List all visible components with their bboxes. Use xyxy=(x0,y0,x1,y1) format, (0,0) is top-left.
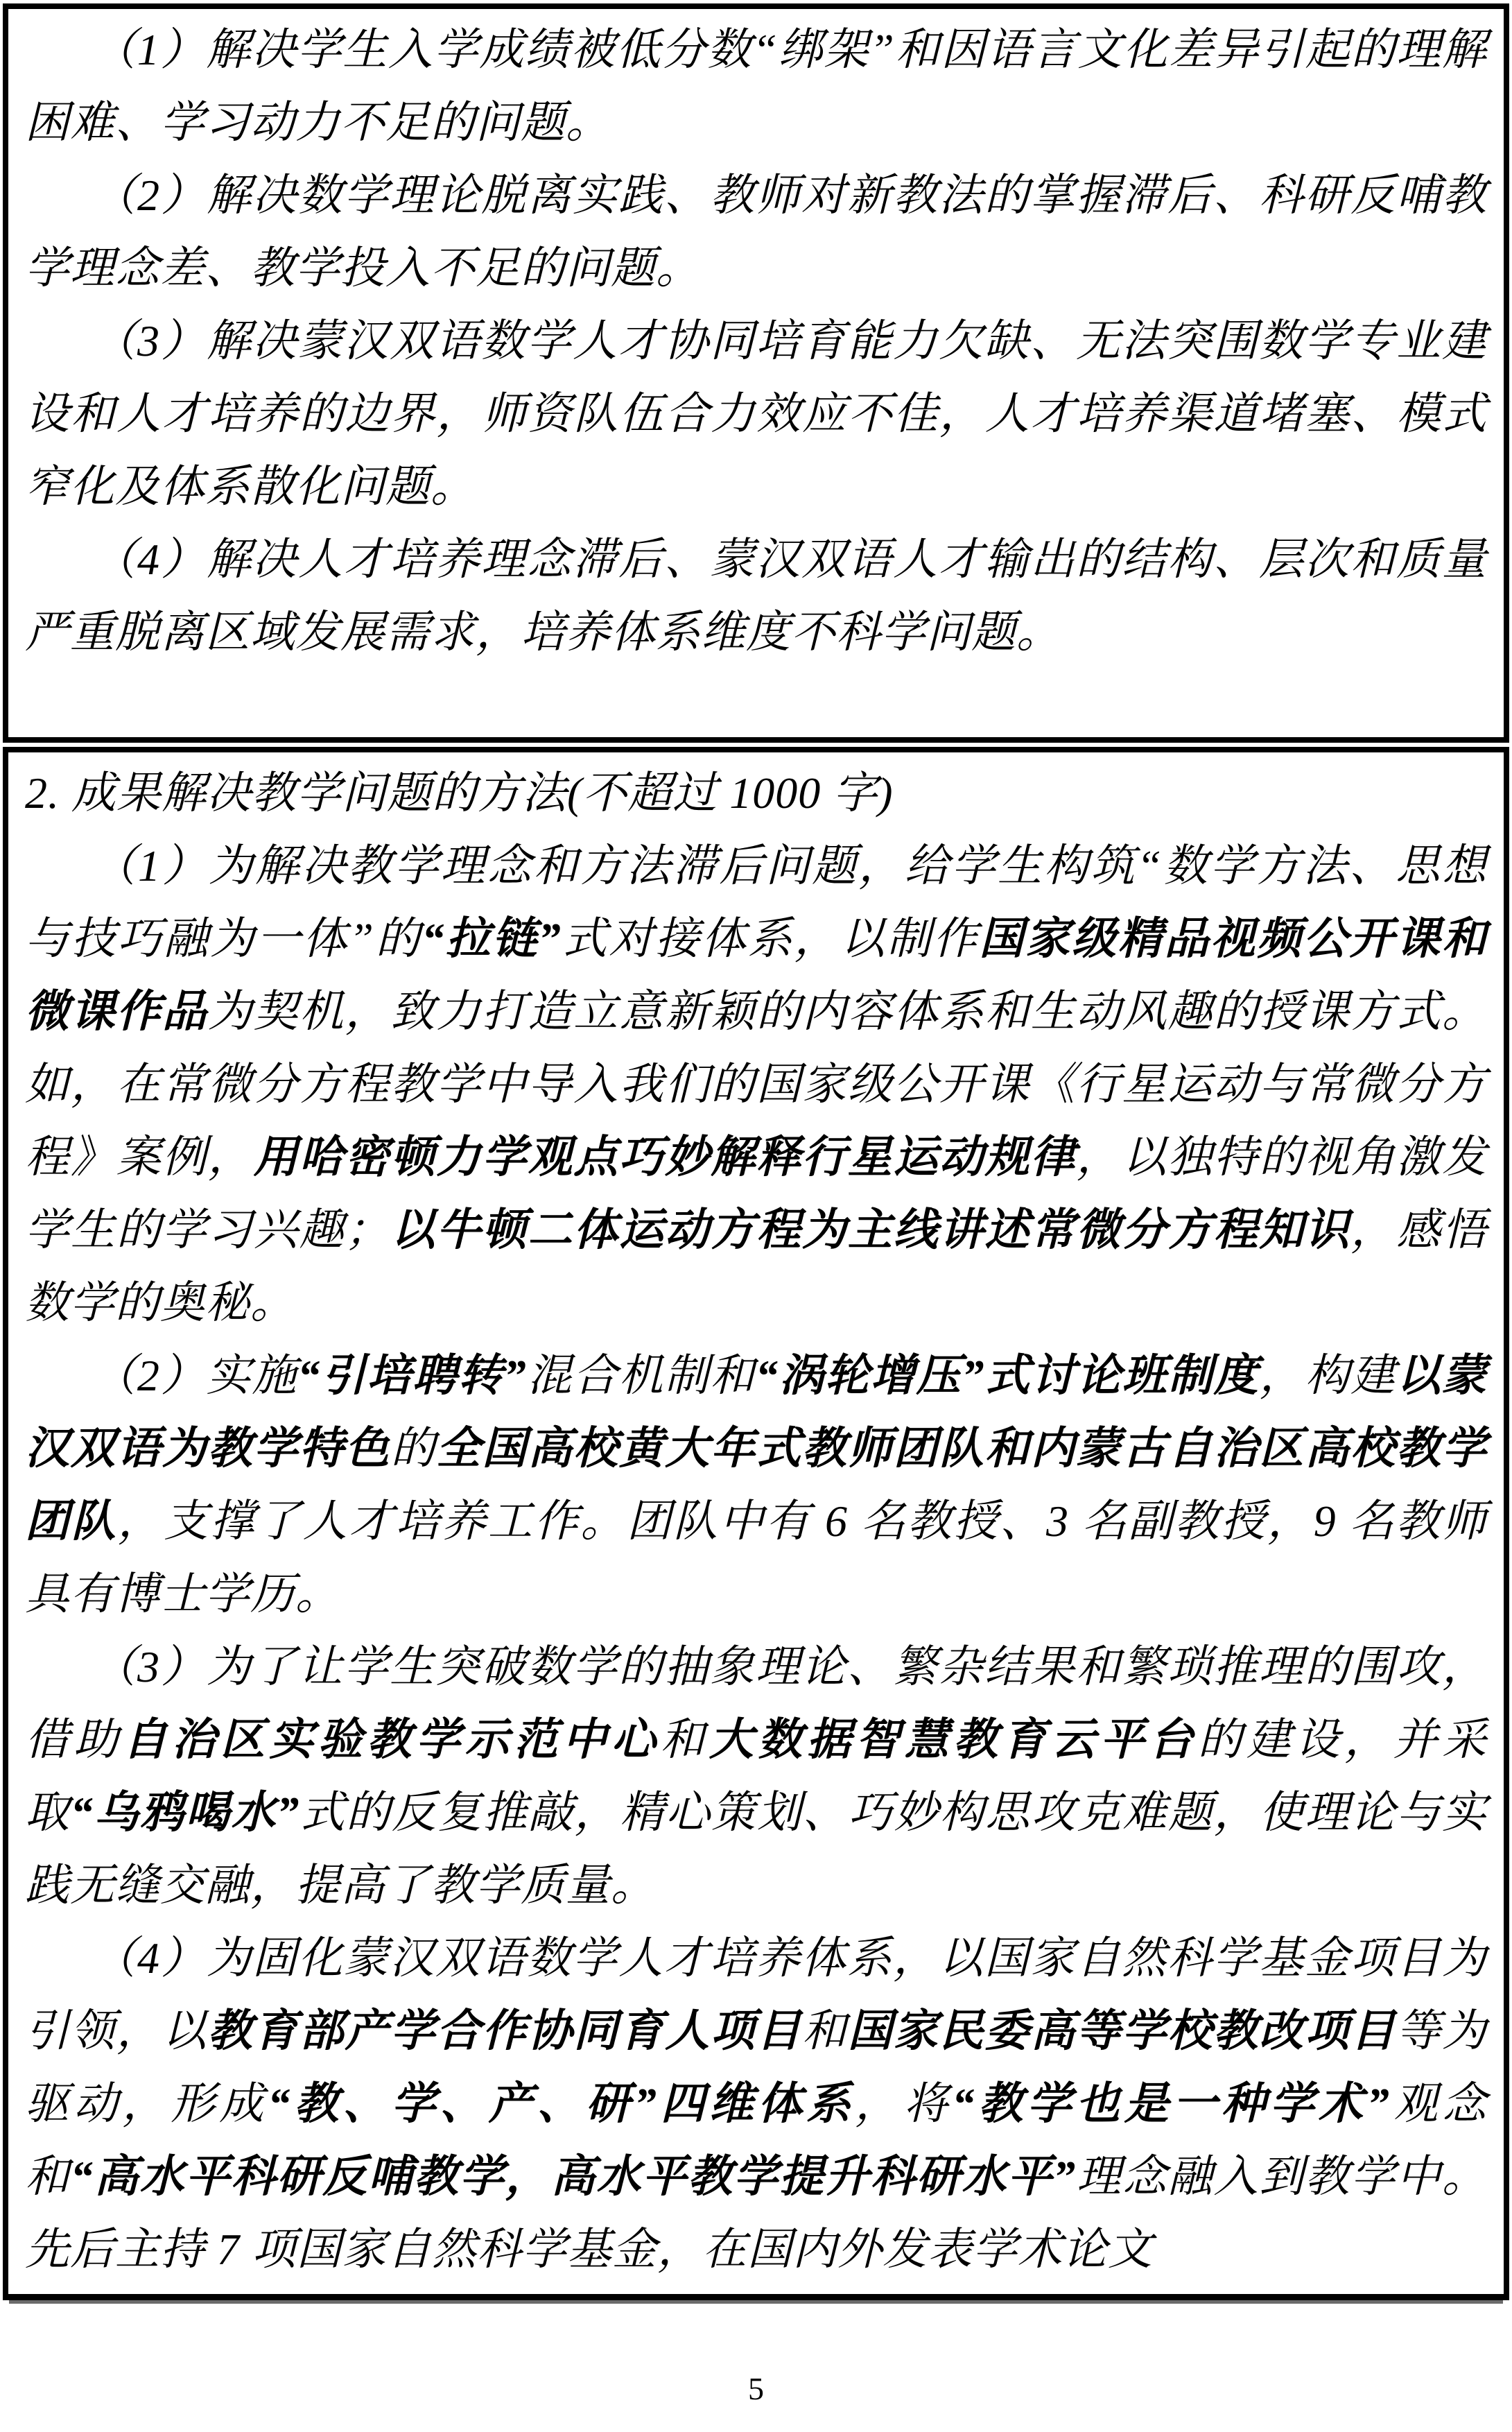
bold-text-segment: 用哈密顿力学观点巧妙解释行星运动规律 xyxy=(254,1132,1077,1182)
bold-text-segment: “乌鸦喝水” xyxy=(71,1788,299,1837)
paragraph: （2）解决数学理论脱离实践、教师对新教法的掌握滞后、科研反哺教学理念差、教学投入… xyxy=(25,159,1487,304)
teaching-methods-box: 2. 成果解决教学问题的方法(不超过 1000 字) （1）为解决教学理念和方法… xyxy=(3,747,1509,2300)
paragraph: （1）解决学生入学成绩被低分数“绑架”和因语言文化差异引起的理解困难、学习动力不… xyxy=(25,13,1487,159)
paragraph: （3）解决蒙汉双语数学人才协同培育能力欠缺、无法突围数学专业建设和人才培养的边界… xyxy=(25,304,1487,523)
text-segment: ，将 xyxy=(855,2079,952,2128)
paragraph: （3）为了让学生突破数学的抽象理论、繁杂结果和繁琐推理的围攻，借助自治区实验教学… xyxy=(25,1630,1487,1922)
paragraph: （2）实施“引培聘转”混合机制和“涡轮增压”式讨论班制度，构建以蒙汉双语为教学特… xyxy=(25,1339,1487,1630)
text-segment: 和 xyxy=(802,2006,848,2055)
text-segment: 和 xyxy=(660,1715,709,1764)
bold-text-segment: “引培聘转” xyxy=(297,1351,526,1400)
bold-text-segment: “拉链” xyxy=(422,914,561,963)
text-segment: （1）解决学生入学成绩被低分数“绑架”和因语言文化差异引起的理解困难、学习动力不… xyxy=(25,25,1487,147)
methods-section-heading: 2. 成果解决教学问题的方法(不超过 1000 字) xyxy=(25,757,1487,829)
text-segment: （4）解决人才培养理念滞后、蒙汉双语人才输出的结构、层次和质量严重脱离区域发展需… xyxy=(25,535,1487,657)
paragraph: （1）为解决教学理念和方法滞后问题，给学生构筑“数学方法、思想与技巧融为一体”的… xyxy=(25,829,1487,1339)
paragraph: （4）解决人才培养理念滞后、蒙汉双语人才输出的结构、层次和质量严重脱离区域发展需… xyxy=(25,523,1487,669)
bold-text-segment: 国家民委高等学校教改项目 xyxy=(848,2006,1396,2055)
text-segment: （2）解决数学理论脱离实践、教师对新教法的掌握滞后、科研反哺教学理念差、教学投入… xyxy=(25,171,1487,293)
bold-text-segment: 教育部产学合作协同育人项目 xyxy=(208,2006,802,2055)
bold-text-segment: “教学也是一种学术” xyxy=(952,2079,1390,2128)
bold-text-segment: “教、学、产、研”四维体系 xyxy=(268,2079,855,2128)
text-segment: （2）实施 xyxy=(92,1351,297,1400)
page-number: 5 xyxy=(0,2370,1512,2408)
text-segment: ，构建 xyxy=(1260,1351,1397,1400)
text-segment: ，支撑了人才培养工作。团队中有 6 名教授、3 名副教授，9 名教师具有博士学历… xyxy=(25,1497,1487,1619)
problems-paragraphs: （1）解决学生入学成绩被低分数“绑架”和因语言文化差异引起的理解困难、学习动力不… xyxy=(25,13,1487,669)
document-page: （1）解决学生入学成绩被低分数“绑架”和因语言文化差异引起的理解困难、学习动力不… xyxy=(0,0,1512,2432)
teaching-problems-box: （1）解决学生入学成绩被低分数“绑架”和因语言文化差异引起的理解困难、学习动力不… xyxy=(3,3,1509,743)
bold-text-segment: “高水平科研反哺教学，高水平教学提升科研水平” xyxy=(71,2152,1076,2201)
text-segment: 式对接体系，以制作 xyxy=(562,914,980,963)
bold-text-segment: 以牛顿二体运动方程为主线讲述常微分方程知识 xyxy=(390,1205,1351,1254)
bold-text-segment: “涡轮增压”式讨论班制度 xyxy=(756,1351,1260,1400)
text-segment: 混合机制和 xyxy=(527,1351,756,1400)
text-segment: 的 xyxy=(390,1424,436,1473)
bold-text-segment: 自治区实验教学示范中心 xyxy=(123,1715,660,1764)
paragraph: （4）为固化蒙汉双语数学人才培养体系，以国家自然科学基金项目为引领，以教育部产学… xyxy=(25,1922,1487,2286)
bold-text-segment: 大数据智慧教育云平台 xyxy=(709,1715,1198,1764)
methods-paragraphs: （1）为解决教学理念和方法滞后问题，给学生构筑“数学方法、思想与技巧融为一体”的… xyxy=(25,829,1487,2286)
text-segment: （3）解决蒙汉双语数学人才协同培育能力欠缺、无法突围数学专业建设和人才培养的边界… xyxy=(25,316,1487,511)
